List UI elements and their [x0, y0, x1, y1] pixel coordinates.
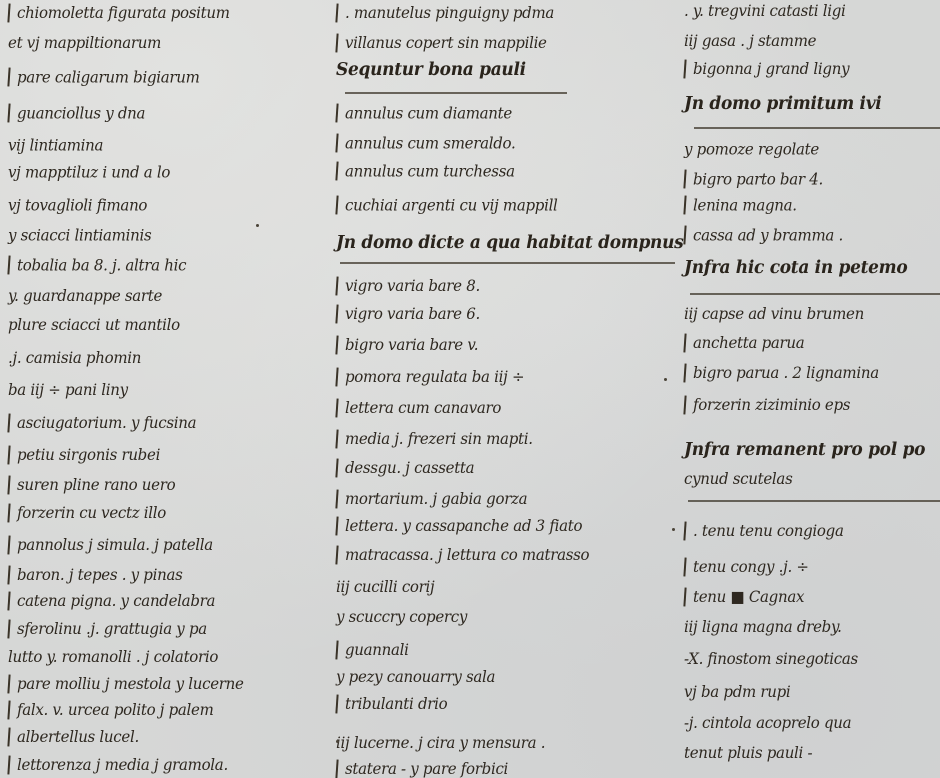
ink-dot: [672, 528, 675, 531]
line-text: vigro varia bare 8.: [345, 277, 480, 296]
item-count-stroke-icon: [683, 169, 686, 188]
line-text: vij lintiamina: [8, 136, 103, 155]
item-count-stroke-icon: [335, 429, 338, 448]
line-text: lenina magna.: [693, 196, 797, 215]
inventory-line: ba iij ÷ pani liny: [8, 381, 128, 400]
line-text: -X. finostom sinegoticas: [684, 650, 858, 669]
line-text: anchetta parua: [693, 334, 804, 353]
item-count-stroke-icon: [683, 225, 686, 244]
inventory-line: petiu sirgonis rubei: [8, 446, 160, 465]
line-text: tenu congy .j. ÷: [693, 558, 809, 577]
line-text: iij gasa . j stamme: [684, 32, 816, 51]
inventory-line: y pomoze regolate: [684, 140, 819, 159]
line-text: lettera. y cassapanche ad 3 fiato: [345, 517, 582, 536]
inventory-line: cassa ad y bramma .: [684, 226, 843, 245]
item-count-stroke-icon: [335, 304, 338, 323]
item-count-stroke-icon: [683, 195, 686, 214]
line-text: sferolinu .j. grattugia y pa: [17, 620, 207, 639]
line-text: y pezy canouarry sala: [336, 668, 495, 687]
item-count-stroke-icon: [7, 674, 10, 693]
item-count-stroke-icon: [335, 161, 338, 180]
section-heading: Jn domo dicte a qua habitat dompnus: [336, 233, 683, 254]
item-count-stroke-icon: [7, 727, 10, 746]
line-text: bigro varia bare v.: [345, 336, 478, 355]
line-text: media j. frezeri sin mapti.: [345, 430, 533, 449]
inventory-line: plure sciacci ut mantilo: [8, 316, 180, 335]
inventory-line: baron. j tepes . y pinas: [8, 566, 183, 585]
item-count-stroke-icon: [7, 255, 10, 274]
line-text: falx. v. urcea polito j palem: [17, 701, 214, 720]
line-text: baron. j tepes . y pinas: [17, 566, 183, 585]
inventory-line: bigonna j grand ligny: [684, 60, 849, 79]
ink-dot: [664, 378, 667, 381]
item-count-stroke-icon: [7, 535, 10, 554]
inventory-line: catena pigna. y candelabra: [8, 592, 215, 611]
line-text: Jnfra remanent pro pol po: [684, 440, 925, 461]
inventory-line: annulus cum diamante: [336, 104, 512, 123]
line-text: .j. camisia phomin: [8, 349, 141, 368]
inventory-line: pannolus j simula. j patella: [8, 536, 213, 555]
section-heading: Sequntur bona pauli: [336, 60, 526, 81]
inventory-line: iij capse ad vinu brumen: [684, 305, 864, 324]
item-count-stroke-icon: [335, 489, 338, 508]
item-count-stroke-icon: [335, 694, 338, 713]
inventory-line: lettera. y cassapanche ad 3 fiato: [336, 517, 582, 536]
inventory-line: iij ligna magna dreby.: [684, 618, 842, 637]
ruled-line: [694, 127, 940, 129]
line-text: vj tovaglioli fimano: [8, 196, 147, 215]
ink-dot: [336, 740, 339, 743]
line-text: asciugatorium. y fucsina: [17, 414, 196, 433]
inventory-line: . manutelus pinguigny pdma: [336, 4, 554, 23]
line-text: y. guardanappe sarte: [8, 287, 162, 306]
line-text: ba iij ÷ pani liny: [8, 381, 128, 400]
item-count-stroke-icon: [7, 503, 10, 522]
line-text: annulus cum diamante: [345, 104, 512, 123]
item-count-stroke-icon: [335, 335, 338, 354]
line-text: iij ligna magna dreby.: [684, 618, 842, 637]
item-count-stroke-icon: [7, 619, 10, 638]
inventory-line: lutto y. romanolli . j colatorio: [8, 648, 218, 667]
line-text: Jn domo dicte a qua habitat dompnus: [336, 233, 683, 254]
section-heading: Jnfra remanent pro pol po: [684, 440, 925, 461]
item-count-stroke-icon: [7, 3, 10, 22]
line-text: y pomoze regolate: [684, 140, 819, 159]
inventory-line: pare molliu j mestola y lucerne: [8, 675, 244, 694]
line-text: et vj mappiltionarum: [8, 34, 161, 53]
inventory-line: -X. finostom sinegoticas: [684, 650, 858, 669]
line-text: vigro varia bare 6.: [345, 305, 480, 324]
line-text: lettera cum canavaro: [345, 399, 501, 418]
line-text: cuchiai argenti cu vij mappill: [345, 196, 558, 215]
item-count-stroke-icon: [7, 67, 10, 86]
inventory-line: lettorenza j media j gramola.: [8, 756, 228, 775]
inventory-line: bigro varia bare v.: [336, 336, 478, 355]
inventory-line: pomora regulata ba iij ÷: [336, 368, 524, 387]
inventory-line: tenu ■ Cagnax: [684, 588, 804, 607]
inventory-line: dessgu. j cassetta: [336, 459, 474, 478]
line-text: y scuccry copercy: [336, 608, 467, 627]
inventory-line: lenina magna.: [684, 196, 797, 215]
inventory-line: guannali: [336, 641, 409, 660]
inventory-line: matracassa. j lettura co matrasso: [336, 546, 589, 565]
line-text: iij capse ad vinu brumen: [684, 305, 864, 324]
item-count-stroke-icon: [683, 59, 686, 78]
item-count-stroke-icon: [7, 475, 10, 494]
inventory-line: iij lucerne. j cira y mensura .: [336, 734, 545, 753]
line-text: tenut pluis pauli -: [684, 744, 812, 763]
line-text: lettorenza j media j gramola.: [17, 756, 228, 775]
item-count-stroke-icon: [683, 363, 686, 382]
section-heading: Jnfra hic cota in petemo: [684, 258, 907, 279]
section-heading: Jn domo primitum ivi: [684, 94, 881, 115]
line-text: plure sciacci ut mantilo: [8, 316, 180, 335]
item-count-stroke-icon: [335, 195, 338, 214]
inventory-line: annulus cum smeraldo.: [336, 134, 515, 153]
ruled-line: [690, 293, 940, 295]
item-count-stroke-icon: [7, 591, 10, 610]
item-count-stroke-icon: [683, 557, 686, 576]
item-count-stroke-icon: [335, 398, 338, 417]
line-text: catena pigna. y candelabra: [17, 592, 215, 611]
line-text: iij lucerne. j cira y mensura .: [336, 734, 545, 753]
line-text: iij cucilli corij: [336, 578, 434, 597]
inventory-line: y. guardanappe sarte: [8, 287, 162, 306]
item-count-stroke-icon: [335, 367, 338, 386]
line-text: guanciollus y dna: [17, 104, 145, 123]
inventory-line: cynud scutelas: [684, 470, 792, 489]
line-text: forzerin cu vectz illo: [17, 504, 166, 523]
line-text: dessgu. j cassetta: [345, 459, 474, 478]
line-text: villanus copert sin mappilie: [345, 34, 547, 53]
inventory-line: tribulanti drio: [336, 695, 447, 714]
item-count-stroke-icon: [7, 413, 10, 432]
item-count-stroke-icon: [7, 755, 10, 774]
ruled-line: [340, 262, 675, 264]
inventory-line: . y. tregvini catasti ligi: [684, 2, 846, 21]
line-text: pare caligarum bigiarum: [17, 68, 200, 87]
inventory-line: vj mapptiluz i und a lo: [8, 163, 170, 182]
inventory-line: mortarium. j gabia gorza: [336, 490, 527, 509]
line-text: guannali: [345, 641, 409, 660]
item-count-stroke-icon: [335, 3, 338, 22]
line-text: albertellus lucel.: [17, 728, 139, 747]
line-text: . manutelus pinguigny pdma: [345, 4, 554, 23]
item-count-stroke-icon: [7, 103, 10, 122]
line-text: annulus cum turchessa: [345, 162, 515, 181]
inventory-line: villanus copert sin mappilie: [336, 34, 547, 53]
inventory-line: bigro parua . 2 lignamina: [684, 364, 879, 383]
item-count-stroke-icon: [335, 545, 338, 564]
inventory-line: chiomoletta figurata positum: [8, 4, 230, 23]
inventory-line: cuchiai argenti cu vij mappill: [336, 196, 558, 215]
inventory-line: annulus cum turchessa: [336, 162, 515, 181]
item-count-stroke-icon: [335, 759, 338, 778]
inventory-line: suren pline rano uero: [8, 476, 175, 495]
line-text: matracassa. j lettura co matrasso: [345, 546, 589, 565]
line-text: tribulanti drio: [345, 695, 447, 714]
inventory-line: -j. cintola acoprelo qua: [684, 714, 851, 733]
item-count-stroke-icon: [683, 521, 686, 540]
inventory-line: iij gasa . j stamme: [684, 32, 816, 51]
inventory-line: et vj mappiltionarum: [8, 34, 161, 53]
inventory-line: tenu congy .j. ÷: [684, 558, 809, 577]
inventory-line: falx. v. urcea polito j palem: [8, 701, 214, 720]
manuscript-page: chiomoletta figurata positumet vj mappil…: [0, 0, 940, 778]
inventory-line: tenut pluis pauli -: [684, 744, 812, 763]
item-count-stroke-icon: [7, 700, 10, 719]
line-text: bigro parua . 2 lignamina: [693, 364, 879, 383]
line-text: chiomoletta figurata positum: [17, 4, 230, 23]
ink-dot: [256, 224, 259, 227]
item-count-stroke-icon: [335, 103, 338, 122]
inventory-line: albertellus lucel.: [8, 728, 139, 747]
item-count-stroke-icon: [335, 33, 338, 52]
line-text: suren pline rano uero: [17, 476, 175, 495]
inventory-line: guanciollus y dna: [8, 104, 145, 123]
inventory-line: iij cucilli corij: [336, 578, 434, 597]
line-text: bigonna j grand ligny: [693, 60, 849, 79]
item-count-stroke-icon: [335, 516, 338, 535]
line-text: petiu sirgonis rubei: [17, 446, 160, 465]
item-count-stroke-icon: [7, 445, 10, 464]
line-text: vj mapptiluz i und a lo: [8, 163, 170, 182]
line-text: cassa ad y bramma .: [693, 226, 843, 245]
inventory-line: y sciacci lintiaminis: [8, 226, 151, 245]
line-text: Jn domo primitum ivi: [684, 94, 881, 115]
line-text: . tenu tenu congioga: [693, 522, 844, 541]
item-count-stroke-icon: [683, 395, 686, 414]
inventory-line: .j. camisia phomin: [8, 349, 141, 368]
inventory-line: bigro parto bar 4.: [684, 170, 823, 189]
item-count-stroke-icon: [335, 133, 338, 152]
inventory-line: lettera cum canavaro: [336, 399, 501, 418]
line-text: Sequntur bona pauli: [336, 60, 526, 81]
line-text: tenu ■ Cagnax: [693, 588, 804, 607]
inventory-line: vij lintiamina: [8, 136, 103, 155]
line-text: tobalia ba 8. j. altra hic: [17, 256, 186, 275]
line-text: pannolus j simula. j patella: [17, 536, 213, 555]
inventory-line: forzerin cu vectz illo: [8, 504, 166, 523]
line-text: Jnfra hic cota in petemo: [684, 258, 907, 279]
ruled-line: [688, 500, 940, 502]
item-count-stroke-icon: [7, 565, 10, 584]
ruled-line: [345, 92, 567, 94]
inventory-line: y pezy canouarry sala: [336, 668, 495, 687]
line-text: bigro parto bar 4.: [693, 170, 823, 189]
line-text: y sciacci lintiaminis: [8, 226, 151, 245]
inventory-line: vj tovaglioli fimano: [8, 196, 147, 215]
inventory-line: asciugatorium. y fucsina: [8, 414, 196, 433]
inventory-line: vigro varia bare 6.: [336, 305, 480, 324]
line-text: pare molliu j mestola y lucerne: [17, 675, 244, 694]
item-count-stroke-icon: [683, 587, 686, 606]
line-text: lutto y. romanolli . j colatorio: [8, 648, 218, 667]
line-text: pomora regulata ba iij ÷: [345, 368, 524, 387]
inventory-line: y scuccry copercy: [336, 608, 467, 627]
line-text: statera - y pare forbici: [345, 760, 508, 778]
line-text: -j. cintola acoprelo qua: [684, 714, 851, 733]
line-text: cynud scutelas: [684, 470, 792, 489]
inventory-line: tobalia ba 8. j. altra hic: [8, 256, 186, 275]
item-count-stroke-icon: [335, 458, 338, 477]
item-count-stroke-icon: [683, 333, 686, 352]
inventory-line: sferolinu .j. grattugia y pa: [8, 620, 207, 639]
line-text: . y. tregvini catasti ligi: [684, 2, 846, 21]
item-count-stroke-icon: [335, 276, 338, 295]
inventory-line: pare caligarum bigiarum: [8, 68, 200, 87]
line-text: forzerin ziziminio eps: [693, 396, 850, 415]
inventory-line: media j. frezeri sin mapti.: [336, 430, 533, 449]
inventory-line: statera - y pare forbici: [336, 760, 508, 778]
inventory-line: anchetta parua: [684, 334, 804, 353]
inventory-line: vj ba pdm rupi: [684, 683, 790, 702]
inventory-line: vigro varia bare 8.: [336, 277, 480, 296]
line-text: vj ba pdm rupi: [684, 683, 790, 702]
line-text: annulus cum smeraldo.: [345, 134, 515, 153]
inventory-line: . tenu tenu congioga: [684, 522, 844, 541]
inventory-line: forzerin ziziminio eps: [684, 396, 850, 415]
item-count-stroke-icon: [335, 640, 338, 659]
line-text: mortarium. j gabia gorza: [345, 490, 527, 509]
